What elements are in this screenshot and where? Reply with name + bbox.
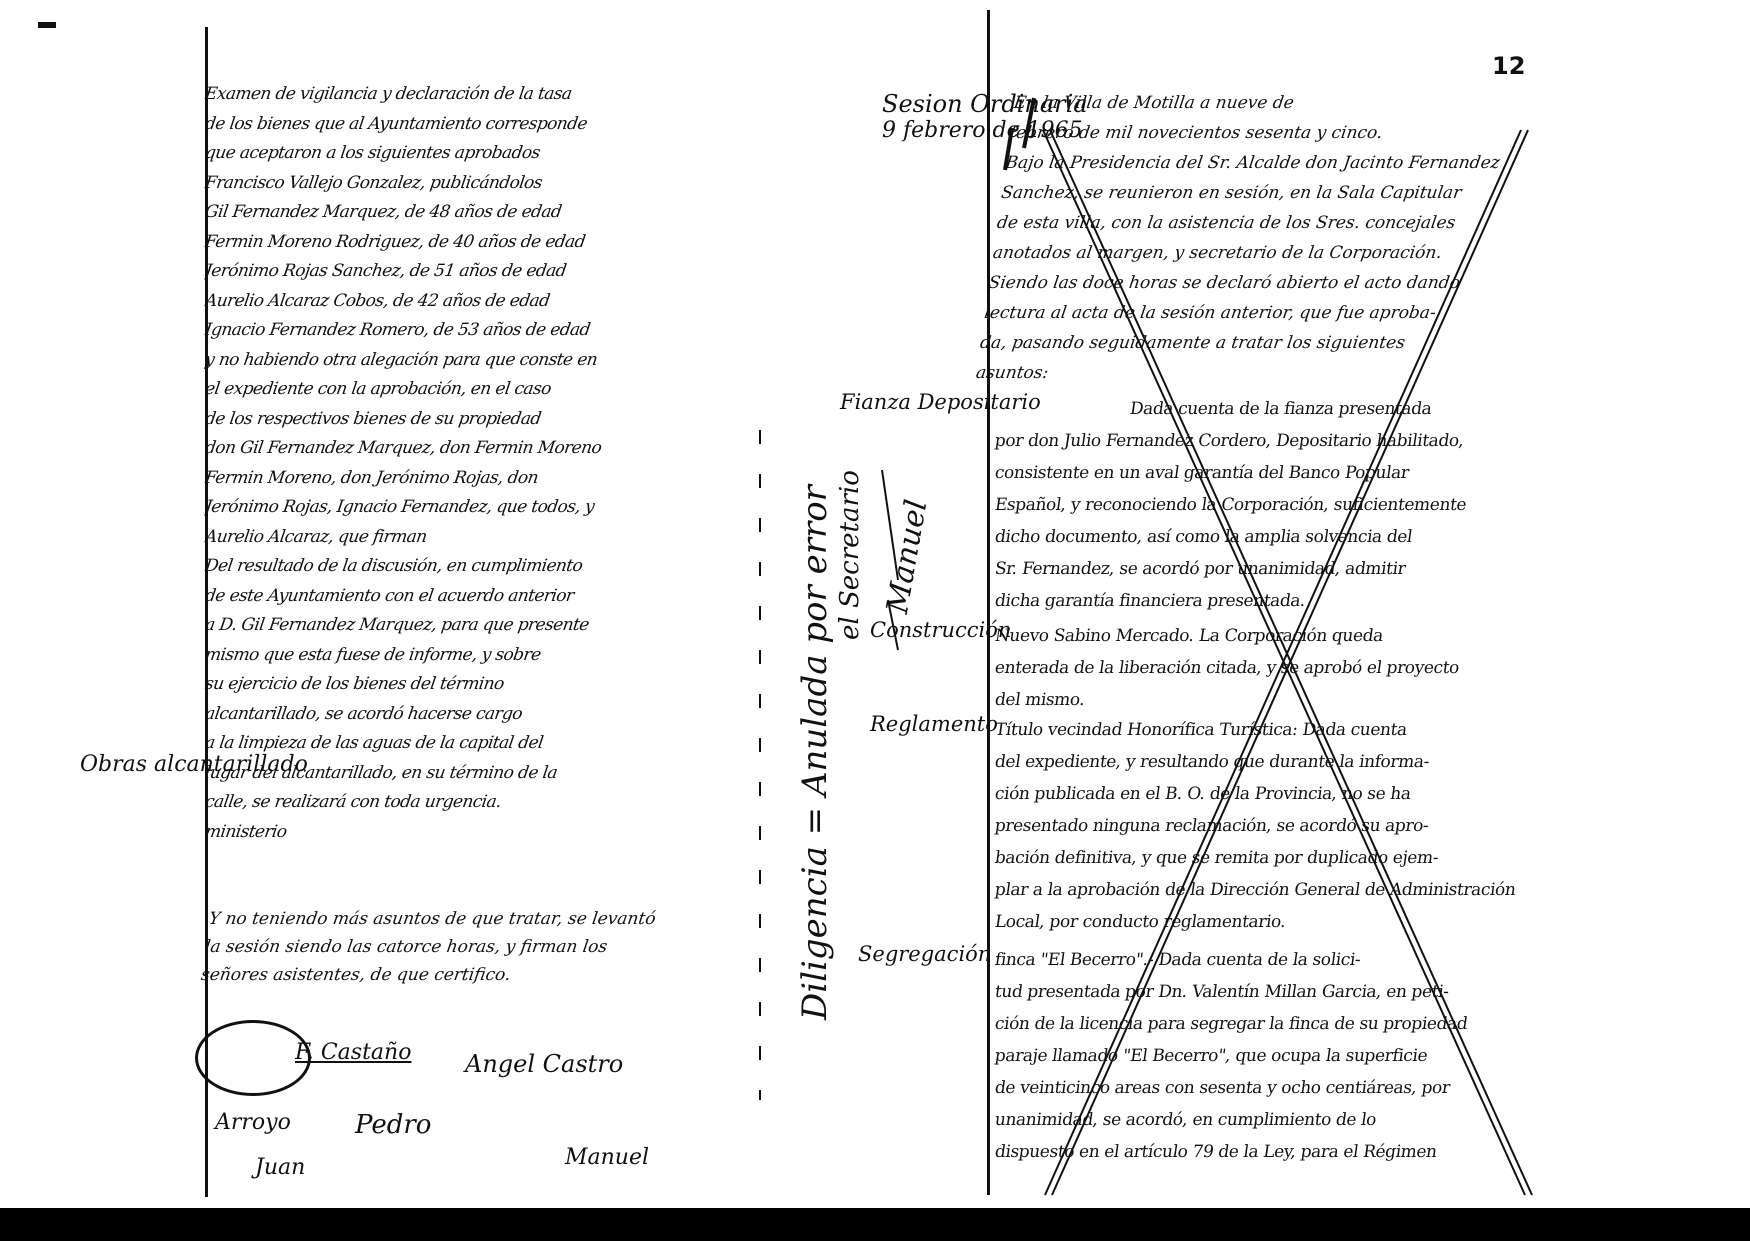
crossed-out-x-mark (0, 0, 1750, 1241)
scan-bottom-border (0, 1208, 1750, 1241)
